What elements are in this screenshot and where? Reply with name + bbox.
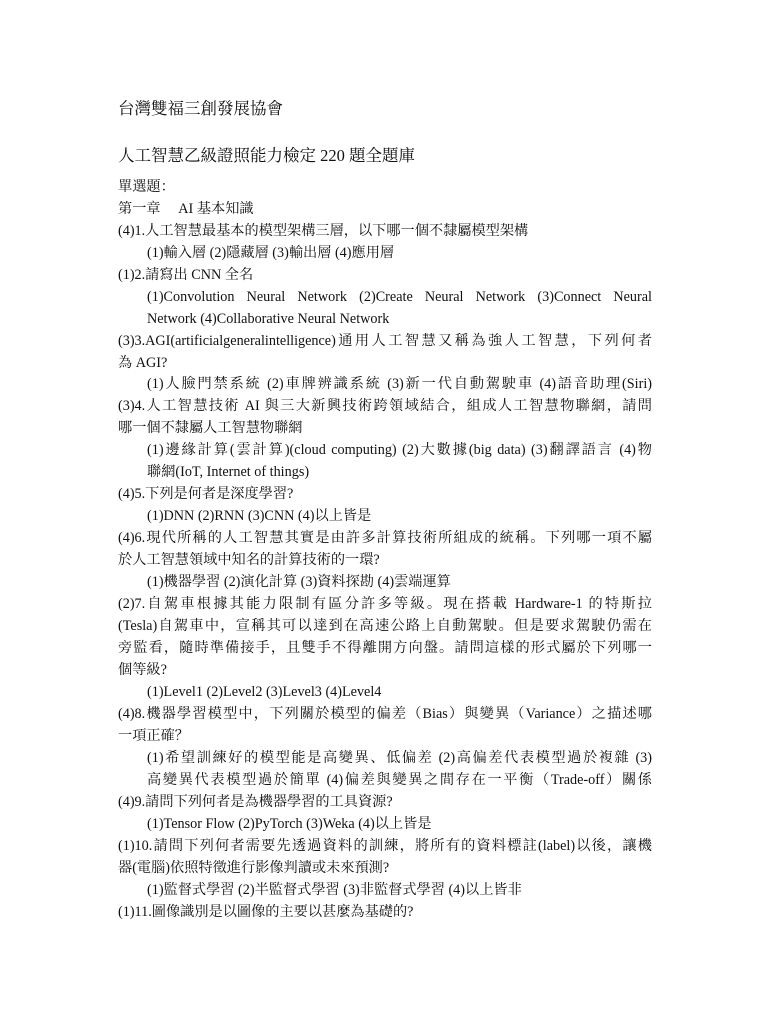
answer-options-line: (1)DNN (2)RNN (3)CNN (4)以上皆是 (147, 506, 371, 526)
answer-options-line: (1)Level1 (2)Level2 (3)Level3 (4)Level4 (147, 682, 381, 702)
question-line: 為 AGI? (118, 353, 167, 373)
question-line: (4)1.人工智慧最基本的模型架構三層，以下哪一個不隸屬模型架構 (118, 221, 528, 241)
answer-options-line: (1)監督式學習 (2)半監督式學習 (3)非監督式學習 (4)以上皆非 (147, 880, 522, 900)
question-line: 一項正確？ (118, 726, 189, 746)
question-line: (4)8.機器學習模型中，下列關於模型的偏差（Bias）與變異（Variance… (118, 704, 652, 724)
answer-options-line: (1)Tensor Flow (2)PyTorch (3)Weka (4)以上皆… (147, 814, 432, 834)
question-line: (3)4.人工智慧技術 AI 與三大新興技術跨領域結合，組成人工智慧物聯網，請問 (118, 396, 652, 416)
question-line: 哪一個不隸屬人工智慧物聯網 (118, 418, 302, 438)
answer-options-line: (1)人臉門禁系統 (2)車牌辨識系統 (3)新一代自動駕駛車 (4)語音助理(… (147, 374, 652, 394)
document-page: 台灣雙福三創發展協會 人工智慧乙級證照能力檢定 220 題全題庫 單選題： 第一… (0, 0, 768, 1024)
question-line: (1)11.圖像識別是以圖像的主要以甚麼為基礎的? (118, 902, 413, 922)
answer-options-line: (1)Convolution Neural Network (2)Create … (147, 287, 652, 307)
question-line: (1)10.請問下列何者需要先透過資料的訓練，將所有的資料標註(label)以後… (118, 836, 652, 856)
answer-options-line: (1)希望訓練好的模型能是高變異、低偏差 (2)高偏差代表模型過於複雜 (3) (147, 748, 652, 768)
question-line: 旁監看，隨時準備接手，且雙手不得離開方向盤。請問這樣的形式屬於下列哪一 (118, 638, 652, 658)
document-title: 人工智慧乙級證照能力檢定 220 題全題庫 (118, 146, 415, 166)
answer-options-line: 高變異代表模型過於簡單 (4)偏差與變異之間存在一平衡（Trade-off）關係 (147, 770, 652, 790)
question-line: (4)6.現代所稱的人工智慧其實是由許多計算技術所組成的統稱。下列哪一項不屬 (118, 528, 652, 548)
question-line: (2)7.自駕車根據其能力限制有區分許多等級。現在搭載 Hardware-1 的… (118, 594, 652, 614)
answer-options-line: (1)輸入層 (2)隱藏層 (3)輸出層 (4)應用層 (147, 243, 394, 263)
question-line: 個等級? (118, 660, 167, 680)
section-heading: 單選題： (118, 177, 175, 197)
question-line: (3)3.AGI(artificialgeneralintelligence)通… (118, 331, 652, 351)
organization-name: 台灣雙福三創發展協會 (118, 99, 283, 119)
question-line: (1)2.請寫出 CNN 全名 (118, 265, 253, 285)
question-line: (4)5.下列是何者是深度學習? (118, 484, 293, 504)
question-line: 器(電腦)依照特徵進行影像判讀或未來預測? (118, 858, 389, 878)
answer-options-line: Network (4)Collaborative Neural Network (147, 309, 389, 329)
answer-options-line: 聯網(IoT, Internet of things) (147, 462, 309, 482)
answer-options-line: (1)邊緣計算(雲計算)(cloud computing) (2)大數據(big… (147, 440, 652, 460)
question-line: (4)9.請問下列何者是為機器學習的工具資源? (118, 792, 393, 812)
answer-options-line: (1)機器學習 (2)演化計算 (3)資料探勘 (4)雲端運算 (147, 572, 451, 592)
question-line: 於人工智慧領域中知名的計算技術的一環? (118, 550, 380, 570)
chapter-heading: 第一章 AI 基本知識 (118, 199, 254, 219)
question-line: (Tesla)自駕車中，宣稱其可以達到在高速公路上自動駕駛。但是要求駕駛仍需在 (118, 616, 652, 636)
